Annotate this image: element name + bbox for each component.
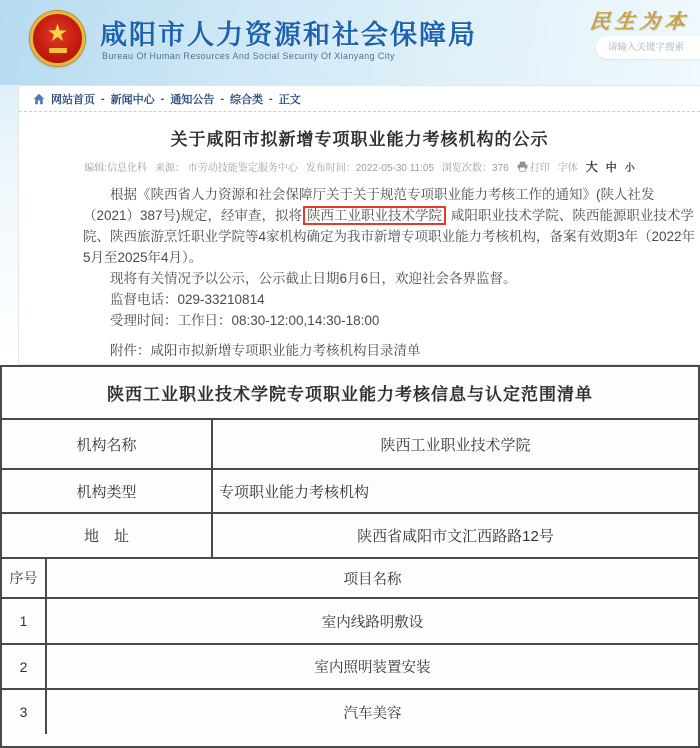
- table-row: 2 室内照明装置安装: [2, 643, 698, 688]
- address-value: 陕西省咸阳市文汇西路路12号: [213, 514, 698, 557]
- office-hours: 受理时间：工作日：08:30-12:00,14:30-18:00: [83, 310, 696, 331]
- table-row: 地 址 陕西省咸阳市文汇西路路12号: [2, 512, 698, 557]
- meta-source: 来源： 市劳动技能鉴定服务中心: [155, 159, 298, 174]
- site-title: 咸阳市人力资源和社会保障局: [100, 13, 477, 52]
- item-name: 汽车美容: [47, 690, 698, 734]
- table-row: 机构类型 专项职业能力考核机构: [2, 468, 698, 512]
- items-header-name: 项目名称: [47, 559, 698, 597]
- table-row: 机构名称 陕西工业职业技术学院: [2, 418, 698, 468]
- breadcrumb-home[interactable]: 网站首页: [51, 91, 95, 107]
- site-header: ★ 咸阳市人力资源和社会保障局 Bureau Of Human Resource…: [0, 0, 700, 85]
- items-header-row: 序号 项目名称: [2, 557, 698, 597]
- highlighted-institution: 陕西工业职业技术学院: [303, 206, 446, 225]
- item-no: 1: [2, 599, 47, 643]
- site-subtitle: Bureau Of Human Resources And Social Sec…: [102, 51, 395, 61]
- font-size-medium-button[interactable]: 中: [606, 159, 617, 175]
- content-panel: 网站首页 - 新闻中心 - 通知公告 - 综合类 - 正文 关于咸阳市拟新增专项…: [18, 85, 700, 365]
- assessment-scope-table: 陕西工业职业技术学院专项职业能力考核信息与认定范围清单 机构名称 陕西工业职业技…: [0, 365, 700, 748]
- home-icon[interactable]: [33, 93, 45, 105]
- article-meta: 编辑:信息化科 来源： 市劳动技能鉴定服务中心 发布时间：2022-05-30 …: [19, 158, 700, 175]
- print-button[interactable]: 打印: [517, 159, 550, 174]
- breadcrumb-category[interactable]: 综合类: [230, 91, 263, 107]
- search-box[interactable]: [596, 36, 700, 59]
- slogan-calligraphy: 民生为本: [588, 5, 691, 34]
- article-title: 关于咸阳市拟新增专项职业能力考核机构的公示: [19, 125, 700, 150]
- org-type-label: 机构类型: [2, 470, 213, 512]
- table-row: 3 汽车美容: [2, 688, 698, 734]
- font-size-small-button[interactable]: 小: [625, 159, 635, 174]
- item-name: 室内照明装置安装: [47, 645, 698, 688]
- breadcrumb-notices[interactable]: 通知公告: [170, 91, 214, 107]
- org-name-value: 陕西工业职业技术学院: [213, 420, 698, 468]
- meta-editor: 编辑:信息化科: [84, 159, 147, 174]
- item-no: 2: [2, 645, 47, 688]
- attachment-link[interactable]: 附件：咸阳市拟新增专项职业能力考核机构目录清单: [83, 340, 696, 361]
- org-type-value: 专项职业能力考核机构: [213, 470, 698, 512]
- paragraph-1: 根据《陕西省人力资源和社会保障厅关于关于规范专项职业能力考核工作的通知》(陕人社…: [83, 184, 696, 268]
- items-header-no: 序号: [2, 559, 47, 597]
- table-row: 1 室内线路明敷设: [2, 597, 698, 643]
- breadcrumb-news-center[interactable]: 新闻中心: [111, 91, 155, 107]
- font-size-large-button[interactable]: 大: [586, 158, 598, 175]
- meta-views: 浏览次数：376: [442, 159, 509, 174]
- supervision-phone: 监督电话：029-33210814: [83, 289, 696, 310]
- item-no: 3: [2, 690, 47, 734]
- org-name-label: 机构名称: [2, 420, 213, 468]
- printer-icon: [517, 161, 528, 172]
- page: ★ 咸阳市人力资源和社会保障局 Bureau Of Human Resource…: [0, 0, 700, 748]
- meta-publish-time: 发布时间：2022-05-30 11:05: [306, 159, 434, 174]
- item-name: 室内线路明敷设: [47, 599, 698, 643]
- search-input[interactable]: [608, 42, 700, 53]
- paragraph-2: 现将有关情况予以公示，公示截止日期6月6日，欢迎社会各界监督。: [83, 268, 696, 289]
- breadcrumb: 网站首页 - 新闻中心 - 通知公告 - 综合类 - 正文: [19, 86, 700, 112]
- national-emblem-icon: ★: [30, 11, 85, 66]
- table-title: 陕西工业职业技术学院专项职业能力考核信息与认定范围清单: [2, 367, 698, 418]
- meta-font-label: 字体: [558, 159, 578, 174]
- address-label: 地 址: [2, 514, 213, 557]
- breadcrumb-current: 正文: [279, 91, 301, 107]
